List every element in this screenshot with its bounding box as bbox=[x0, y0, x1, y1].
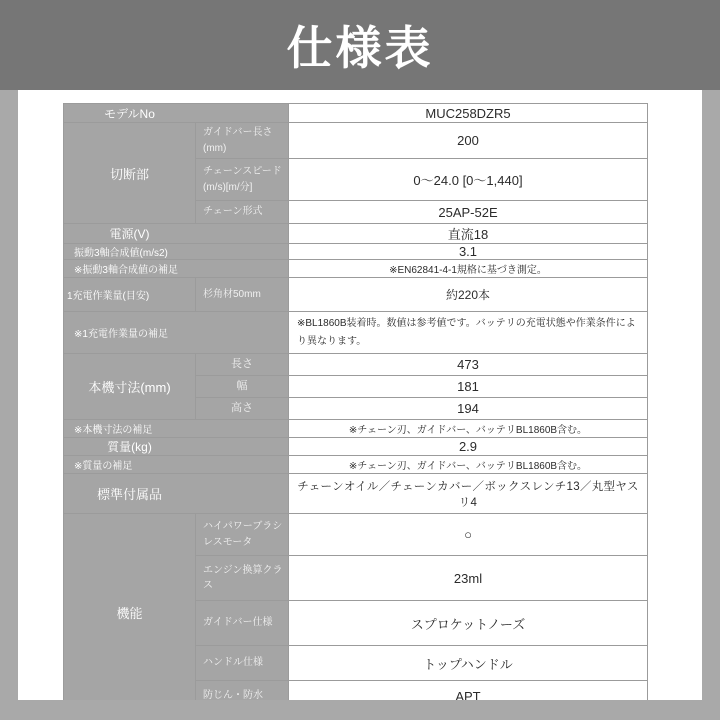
content-sheet: モデルNo MUC258DZR5 切断部 ガイドバー長さ(mm) 200 チェー… bbox=[18, 90, 702, 700]
spec-value-dust-waterproof: APT bbox=[289, 681, 648, 700]
spec-row-accessories: 標準付属品 チェーンオイル／チェーンカバー／ボックスレンチ13／丸型ヤスリ4 bbox=[64, 474, 648, 514]
spec-row-weight-note: ※質量の補足 ※チェーン刃、ガイドバー、バッテリBL1860B含む。 bbox=[64, 456, 648, 474]
spec-label-dust-waterproof: 防じん・防水 bbox=[196, 681, 289, 700]
spec-value-vibration-note: ※EN62841-4-1規格に基づき測定。 bbox=[289, 260, 648, 278]
spec-value-chain-type: 25AP-52E bbox=[289, 201, 648, 224]
spec-row-model: モデルNo MUC258DZR5 bbox=[64, 104, 648, 123]
spec-value-accessories: チェーンオイル／チェーンカバー／ボックスレンチ13／丸型ヤスリ4 bbox=[289, 474, 648, 514]
spec-label-weight: 質量(kg) bbox=[64, 438, 289, 456]
title-bar: 仕様表 bbox=[0, 0, 720, 90]
spec-value-dimensions-note: ※チェーン刃、ガイドバー、バッテリBL1860B含む。 bbox=[289, 420, 648, 438]
spec-value-guide-bar-spec: スプロケットノーズ bbox=[289, 601, 648, 646]
spec-label-vibration: 振動3軸合成値(m/s2) bbox=[64, 244, 289, 260]
spec-label-guide-bar-spec: ガイドバー仕様 bbox=[196, 601, 289, 646]
spec-label-model: モデルNo bbox=[64, 104, 289, 123]
spec-row-power: 電源(V) 直流18 bbox=[64, 224, 648, 244]
spec-group-dimensions: 本機寸法(mm) bbox=[64, 354, 196, 420]
spec-label-engine-class: エンジン換算クラス bbox=[196, 556, 289, 601]
spec-value-vibration: 3.1 bbox=[289, 244, 648, 260]
spec-value-work-per-charge-note: ※BL1860B装着時。数値は参考値です。バッテリの充電状態や作業条件により異な… bbox=[289, 312, 648, 354]
spec-label-handle-spec: ハンドル仕様 bbox=[196, 646, 289, 681]
spec-value-work-per-charge: 約220本 bbox=[289, 278, 648, 312]
spec-sublabel-work-per-charge: 杉角材50mm bbox=[196, 278, 289, 312]
spec-label-width: 幅 bbox=[196, 376, 289, 398]
spec-value-length: 473 bbox=[289, 354, 648, 376]
spec-value-weight: 2.9 bbox=[289, 438, 648, 456]
spec-label-height: 高さ bbox=[196, 398, 289, 420]
spec-label-chain-speed: チェーンスピード(m/s)[m/分] bbox=[196, 159, 289, 201]
spec-group-cutting: 切断部 bbox=[64, 123, 196, 224]
spec-table: モデルNo MUC258DZR5 切断部 ガイドバー長さ(mm) 200 チェー… bbox=[63, 103, 648, 700]
spec-value-model: MUC258DZR5 bbox=[289, 104, 648, 123]
spec-row-vibration-note: ※振動3軸合成値の補足 ※EN62841-4-1規格に基づき測定。 bbox=[64, 260, 648, 278]
spec-label-work-per-charge-note: ※1充電作業量の補足 bbox=[64, 312, 289, 354]
spec-row-work-per-charge: 1充電作業量(目安) 杉角材50mm 約220本 bbox=[64, 278, 648, 312]
spec-group-features: 機能 bbox=[64, 514, 196, 700]
spec-value-engine-class: 23ml bbox=[289, 556, 648, 601]
spec-value-height: 194 bbox=[289, 398, 648, 420]
spec-row-vibration: 振動3軸合成値(m/s2) 3.1 bbox=[64, 244, 648, 260]
spec-label-accessories: 標準付属品 bbox=[64, 474, 289, 514]
spec-row-length: 本機寸法(mm) 長さ 473 bbox=[64, 354, 648, 376]
spec-value-power: 直流18 bbox=[289, 224, 648, 244]
spec-value-width: 181 bbox=[289, 376, 648, 398]
spec-value-handle-spec: トップハンドル bbox=[289, 646, 648, 681]
spec-row-guide-bar-length: 切断部 ガイドバー長さ(mm) 200 bbox=[64, 123, 648, 159]
spec-value-chain-speed: 0〜24.0 [0〜1,440] bbox=[289, 159, 648, 201]
spec-value-guide-bar-length: 200 bbox=[289, 123, 648, 159]
spec-label-weight-note: ※質量の補足 bbox=[64, 456, 289, 474]
page-title: 仕様表 bbox=[287, 12, 434, 78]
spec-label-power: 電源(V) bbox=[64, 224, 289, 244]
spec-row-weight: 質量(kg) 2.9 bbox=[64, 438, 648, 456]
spec-row-work-per-charge-note: ※1充電作業量の補足 ※BL1860B装着時。数値は参考値です。バッテリの充電状… bbox=[64, 312, 648, 354]
spec-label-chain-type: チェーン形式 bbox=[196, 201, 289, 224]
spec-label-work-per-charge: 1充電作業量(目安) bbox=[64, 278, 196, 312]
spec-row-dimensions-note: ※本機寸法の補足 ※チェーン刃、ガイドバー、バッテリBL1860B含む。 bbox=[64, 420, 648, 438]
spec-label-length: 長さ bbox=[196, 354, 289, 376]
spec-label-vibration-note: ※振動3軸合成値の補足 bbox=[64, 260, 289, 278]
spec-label-dimensions-note: ※本機寸法の補足 bbox=[64, 420, 289, 438]
spec-value-brushless-motor: ○ bbox=[289, 514, 648, 556]
spec-value-weight-note: ※チェーン刃、ガイドバー、バッテリBL1860B含む。 bbox=[289, 456, 648, 474]
spec-row-brushless-motor: 機能 ハイパワーブラシレスモータ ○ bbox=[64, 514, 648, 556]
spec-label-brushless-motor: ハイパワーブラシレスモータ bbox=[196, 514, 289, 556]
spec-label-guide-bar-length: ガイドバー長さ(mm) bbox=[196, 123, 289, 159]
